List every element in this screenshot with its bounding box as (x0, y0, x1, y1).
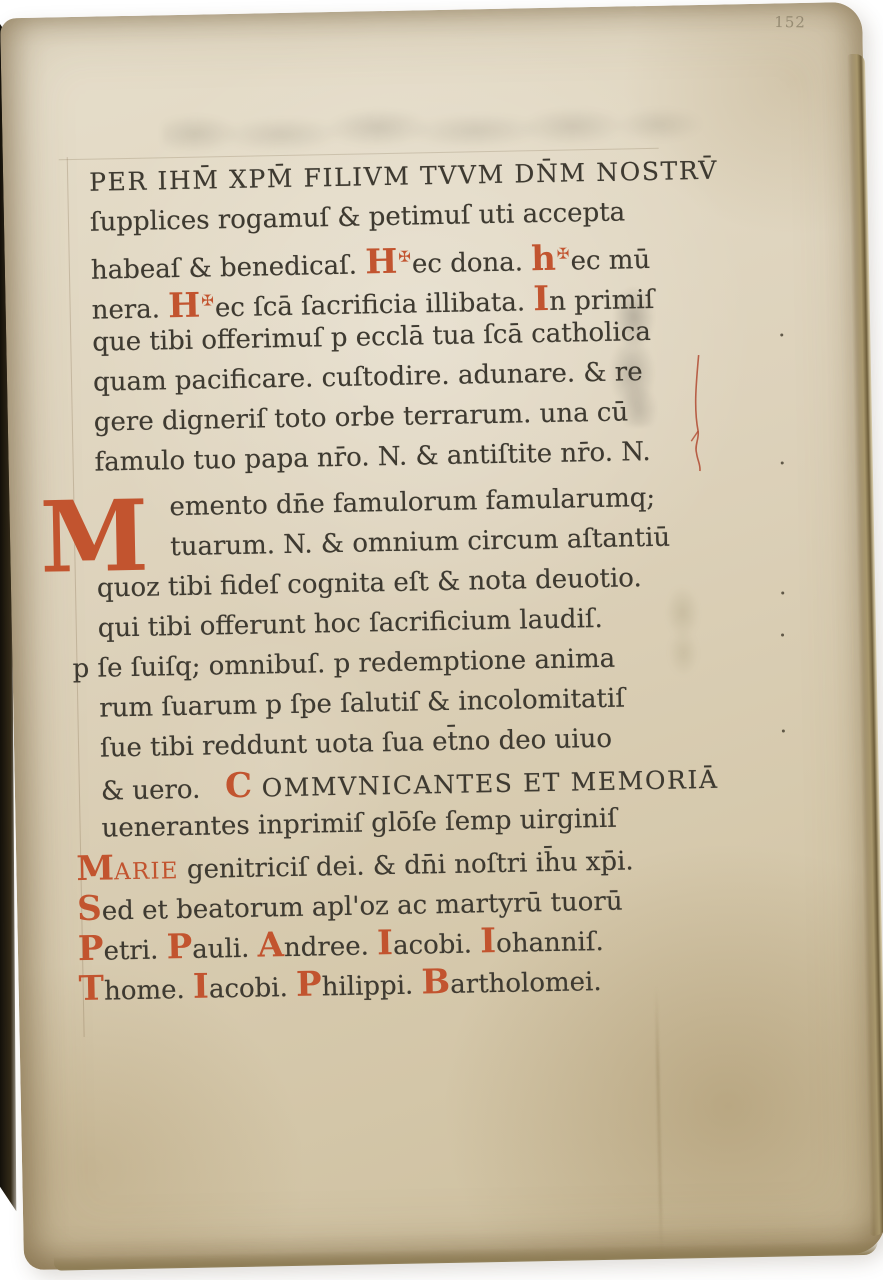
rubricated-initial: P (78, 929, 104, 969)
rubricated-initial: P (166, 927, 192, 967)
text-segment: ARIE (114, 858, 179, 885)
text-segment: rum ſuarum p ſpe ſalutiſ & incolomitatiſ (99, 684, 625, 724)
red-cross-mark: ✠ (398, 248, 411, 266)
rubricated-initial: A (257, 925, 284, 965)
folio-number: 152 (775, 13, 807, 31)
text-block: PER IHM̄ XPM̄ FILIVM TVVM DN̄M NOSTRV̄ſu… (51, 152, 687, 1010)
text-segment: quam pacificare. cuſtodire. adunare. & r… (93, 357, 643, 398)
rubricated-initial: I (193, 967, 210, 1007)
pricking-hole (782, 729, 785, 732)
text-segment: emento dn̄e famulorum famularumq; (169, 483, 655, 522)
manuscript-page: 152 M PER IHM̄ XPM̄ FILIVM TVVM DN̄M NOS… (0, 2, 883, 1270)
pricking-hole (781, 633, 784, 636)
text-segment: famulo tuo papa nr̄o. N. & antiſtite nr̄… (94, 437, 651, 478)
text-segment: quoz tibi fideſ cognita eſt & nota deuot… (97, 563, 642, 603)
text-segment: ndree. (284, 931, 378, 963)
rubricated-initial: M (76, 848, 114, 889)
text-segment: etri. (103, 935, 167, 966)
photo-background: 152 M PER IHM̄ XPM̄ FILIVM TVVM DN̄M NOS… (0, 0, 883, 1280)
red-cross-mark: ✠ (557, 245, 570, 263)
rubricated-initial: B (421, 962, 451, 1003)
text-segment: home. (104, 975, 194, 1007)
rubricated-initial: I (377, 923, 394, 963)
text-segment: gere digneriſ toto orbe terrarum. una cū (94, 397, 629, 437)
page-crease (655, 986, 663, 1256)
rubricated-initial: T (78, 969, 104, 1009)
pricking-hole (780, 333, 783, 336)
text-segment: ſue tibi reddunt uota ſua et̄no deo uiuo (100, 724, 612, 764)
text-segment: PER IHM̄ XPM̄ FILIVM TVVM DN̄M NOSTRV̄ (89, 156, 718, 197)
rubricated-initial: C (225, 766, 253, 807)
text-segment: & uero. (101, 774, 226, 806)
text-segment: hilippi. (321, 970, 421, 1002)
text-segment: ohanniſ. (496, 927, 604, 959)
pricking-hole (781, 591, 784, 594)
text-segment: auli. (192, 934, 258, 965)
fore-edge-page-stack (847, 54, 883, 1236)
text-segment: tuarum. N. & omnium circum aſtantiū (170, 523, 670, 563)
text-segment: ſupplices rogamuſ & petimuſ uti accepta (90, 197, 626, 237)
red-thread-mark (683, 353, 715, 474)
text-segment: acobi. (209, 973, 297, 1005)
text-segment: p ſe ſuiſq; omnibuſ. p redemptione anima (72, 644, 615, 684)
text-segment: uenerantes inprimiſ glōſe ſemp uirginiſ (101, 804, 617, 844)
rubricated-initial: I (480, 921, 497, 961)
bottom-page-edge (54, 1241, 878, 1271)
text-segment: que tibi offerimuſ p ecclā tua ſcā catho… (92, 317, 651, 358)
pricking-hole (781, 461, 784, 464)
rubricated-initial: S (77, 889, 102, 929)
red-cross-mark: ✠ (201, 291, 214, 309)
text-segment: qui tibi offerunt hoc ſacrificium laudiſ… (98, 604, 604, 644)
rubricated-initial: P (296, 964, 322, 1004)
text-segment: acobi. (393, 929, 481, 961)
text-segment: OMMVNICANTES ET MEMORIĀ (252, 765, 719, 803)
text-segment: artholomei. (450, 967, 602, 1000)
